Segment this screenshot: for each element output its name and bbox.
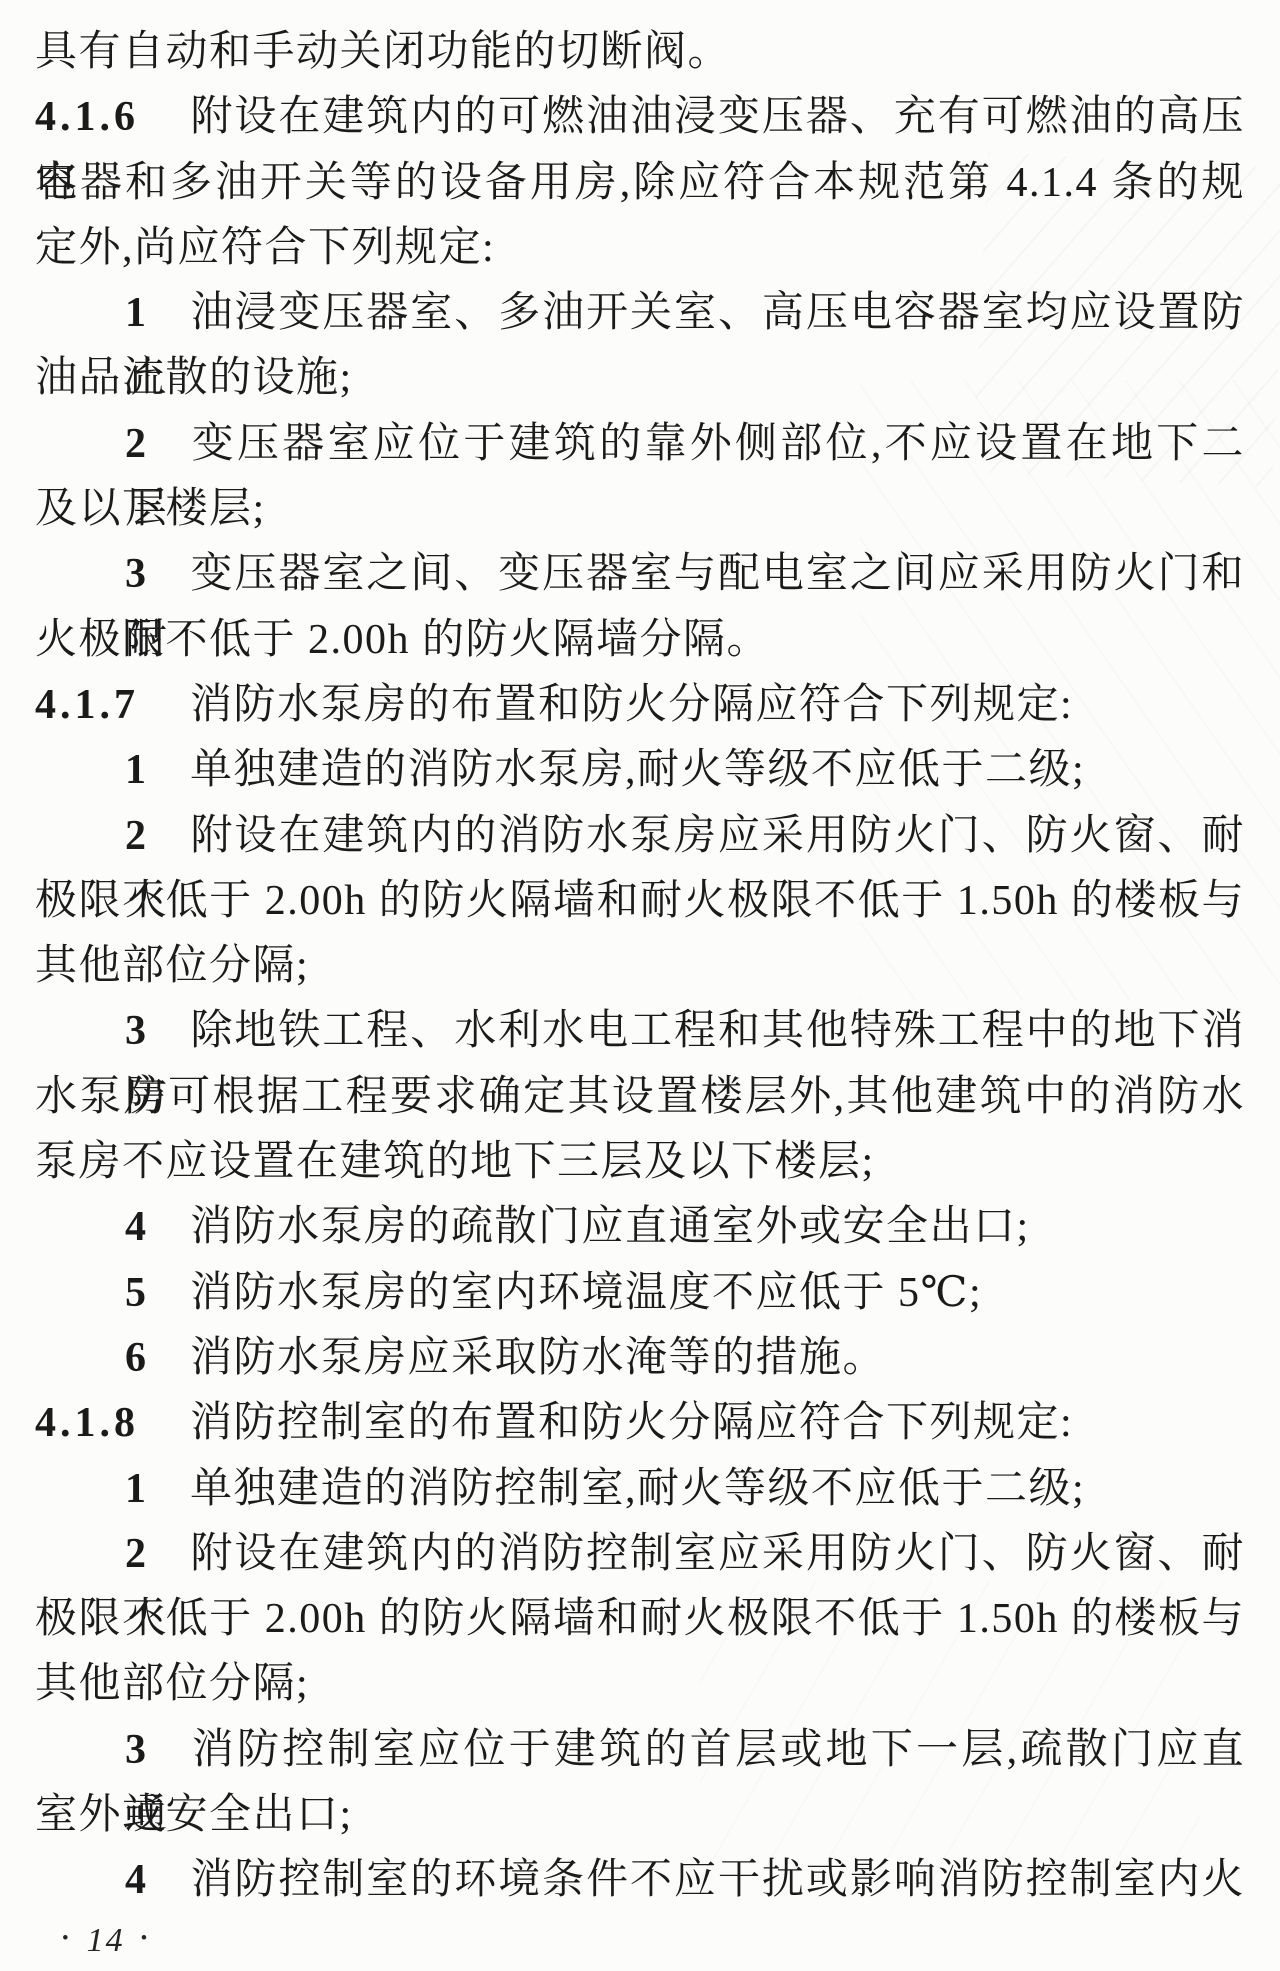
footer-dot-icon: • bbox=[62, 1928, 71, 1949]
clause-number: 3 bbox=[125, 999, 190, 1064]
clause-text: 消防水泵房的室内环境温度不应低于 5℃; bbox=[190, 1270, 982, 1316]
clause-line: 4消防水泵房的疏散门应直通室外或安全出口; bbox=[35, 1195, 1245, 1260]
clause-number: 6 bbox=[125, 1326, 190, 1391]
clause-number: 3 bbox=[125, 542, 190, 607]
text-line: 火极限不低于 2.00h 的防火隔墙分隔。 bbox=[35, 608, 1245, 673]
text-line: 其他部位分隔; bbox=[35, 934, 1245, 999]
clause-line: 2变压器室应位于建筑的靠外侧部位,不应设置在地下二层 bbox=[35, 412, 1245, 477]
footer-dot-icon: • bbox=[141, 1928, 150, 1949]
document-page: 具有自动和手动关闭功能的切断阀。 4.1.6附设在建筑内的可燃油油浸变压器、充有… bbox=[0, 0, 1280, 1971]
clause-number: 4 bbox=[125, 1195, 190, 1260]
clause-line: 3消防控制室应位于建筑的首层或地下一层,疏散门应直通 bbox=[35, 1718, 1245, 1783]
clause-text: 单独建造的消防控制室,耐火等级不应低于二级; bbox=[190, 1466, 1085, 1512]
clause-line: 6消防水泵房应采取防水淹等的措施。 bbox=[35, 1326, 1245, 1391]
page-number: 14 bbox=[87, 1922, 125, 1959]
section-number: 4.1.7 bbox=[35, 673, 190, 738]
clause-number: 1 bbox=[125, 281, 190, 346]
clause-line: 2附设在建筑内的消防水泵房应采用防火门、防火窗、耐火 bbox=[35, 804, 1245, 869]
text-line: 极限不低于 2.00h 的防火隔墙和耐火极限不低于 1.50h 的楼板与 bbox=[35, 1587, 1245, 1652]
section-number: 4.1.6 bbox=[35, 85, 190, 150]
section-heading: 4.1.8消防控制室的布置和防火分隔应符合下列规定: bbox=[35, 1391, 1245, 1456]
clause-number: 5 bbox=[125, 1261, 190, 1326]
text-line: 泵房不应设置在建筑的地下三层及以下楼层; bbox=[35, 1130, 1245, 1195]
clause-text: 消防控制室的环境条件不应干扰或影响消防控制室内火 bbox=[190, 1857, 1245, 1903]
text-line: 容器和多油开关等的设备用房,除应符合本规范第 4.1.4 条的规 bbox=[35, 151, 1245, 216]
clause-number: 3 bbox=[125, 1718, 190, 1783]
text-line: 定外,尚应符合下列规定: bbox=[35, 216, 1245, 281]
clause-number: 1 bbox=[125, 1457, 190, 1522]
clause-line: 5消防水泵房的室内环境温度不应低于 5℃; bbox=[35, 1261, 1245, 1326]
section-heading: 4.1.6附设在建筑内的可燃油油浸变压器、充有可燃油的高压电 bbox=[35, 85, 1245, 150]
page-body: 具有自动和手动关闭功能的切断阀。 4.1.6附设在建筑内的可燃油油浸变压器、充有… bbox=[35, 20, 1245, 1914]
text-line: 室外或安全出口; bbox=[35, 1783, 1245, 1848]
clause-line: 4消防控制室的环境条件不应干扰或影响消防控制室内火 bbox=[35, 1848, 1245, 1913]
section-number: 4.1.8 bbox=[35, 1391, 190, 1456]
text-line: 其他部位分隔; bbox=[35, 1652, 1245, 1717]
clause-line: 1单独建造的消防水泵房,耐火等级不应低于二级; bbox=[35, 738, 1245, 803]
section-heading-text: 消防控制室的布置和防火分隔应符合下列规定: bbox=[190, 1400, 1073, 1446]
clause-number: 1 bbox=[125, 738, 190, 803]
section-heading-text: 消防水泵房的布置和防火分隔应符合下列规定: bbox=[190, 682, 1073, 728]
text-line: 水泵房可根据工程要求确定其设置楼层外,其他建筑中的消防水 bbox=[35, 1065, 1245, 1130]
text-line: 油品流散的设施; bbox=[35, 346, 1245, 411]
clause-text: 消防水泵房的疏散门应直通室外或安全出口; bbox=[190, 1204, 1030, 1250]
clause-line: 1单独建造的消防控制室,耐火等级不应低于二级; bbox=[35, 1457, 1245, 1522]
page-number-footer: •14• bbox=[62, 1922, 149, 1960]
clause-number: 2 bbox=[125, 804, 190, 869]
clause-number: 2 bbox=[125, 412, 190, 477]
clause-line: 1油浸变压器室、多油开关室、高压电容器室均应设置防止 bbox=[35, 281, 1245, 346]
clause-text: 消防水泵房应采取防水淹等的措施。 bbox=[190, 1335, 886, 1381]
clause-number: 4 bbox=[125, 1848, 190, 1913]
text-line: 及以下楼层; bbox=[35, 477, 1245, 542]
clause-line: 2附设在建筑内的消防控制室应采用防火门、防火窗、耐火 bbox=[35, 1522, 1245, 1587]
clause-line: 3除地铁工程、水利水电工程和其他特殊工程中的地下消防 bbox=[35, 999, 1245, 1064]
clause-line: 3变压器室之间、变压器室与配电室之间应采用防火门和耐 bbox=[35, 542, 1245, 607]
text-line: 具有自动和手动关闭功能的切断阀。 bbox=[35, 20, 1245, 85]
clause-text: 单独建造的消防水泵房,耐火等级不应低于二级; bbox=[190, 747, 1085, 793]
clause-number: 2 bbox=[125, 1522, 190, 1587]
section-heading: 4.1.7消防水泵房的布置和防火分隔应符合下列规定: bbox=[35, 673, 1245, 738]
text-line: 极限不低于 2.00h 的防火隔墙和耐火极限不低于 1.50h 的楼板与 bbox=[35, 869, 1245, 934]
